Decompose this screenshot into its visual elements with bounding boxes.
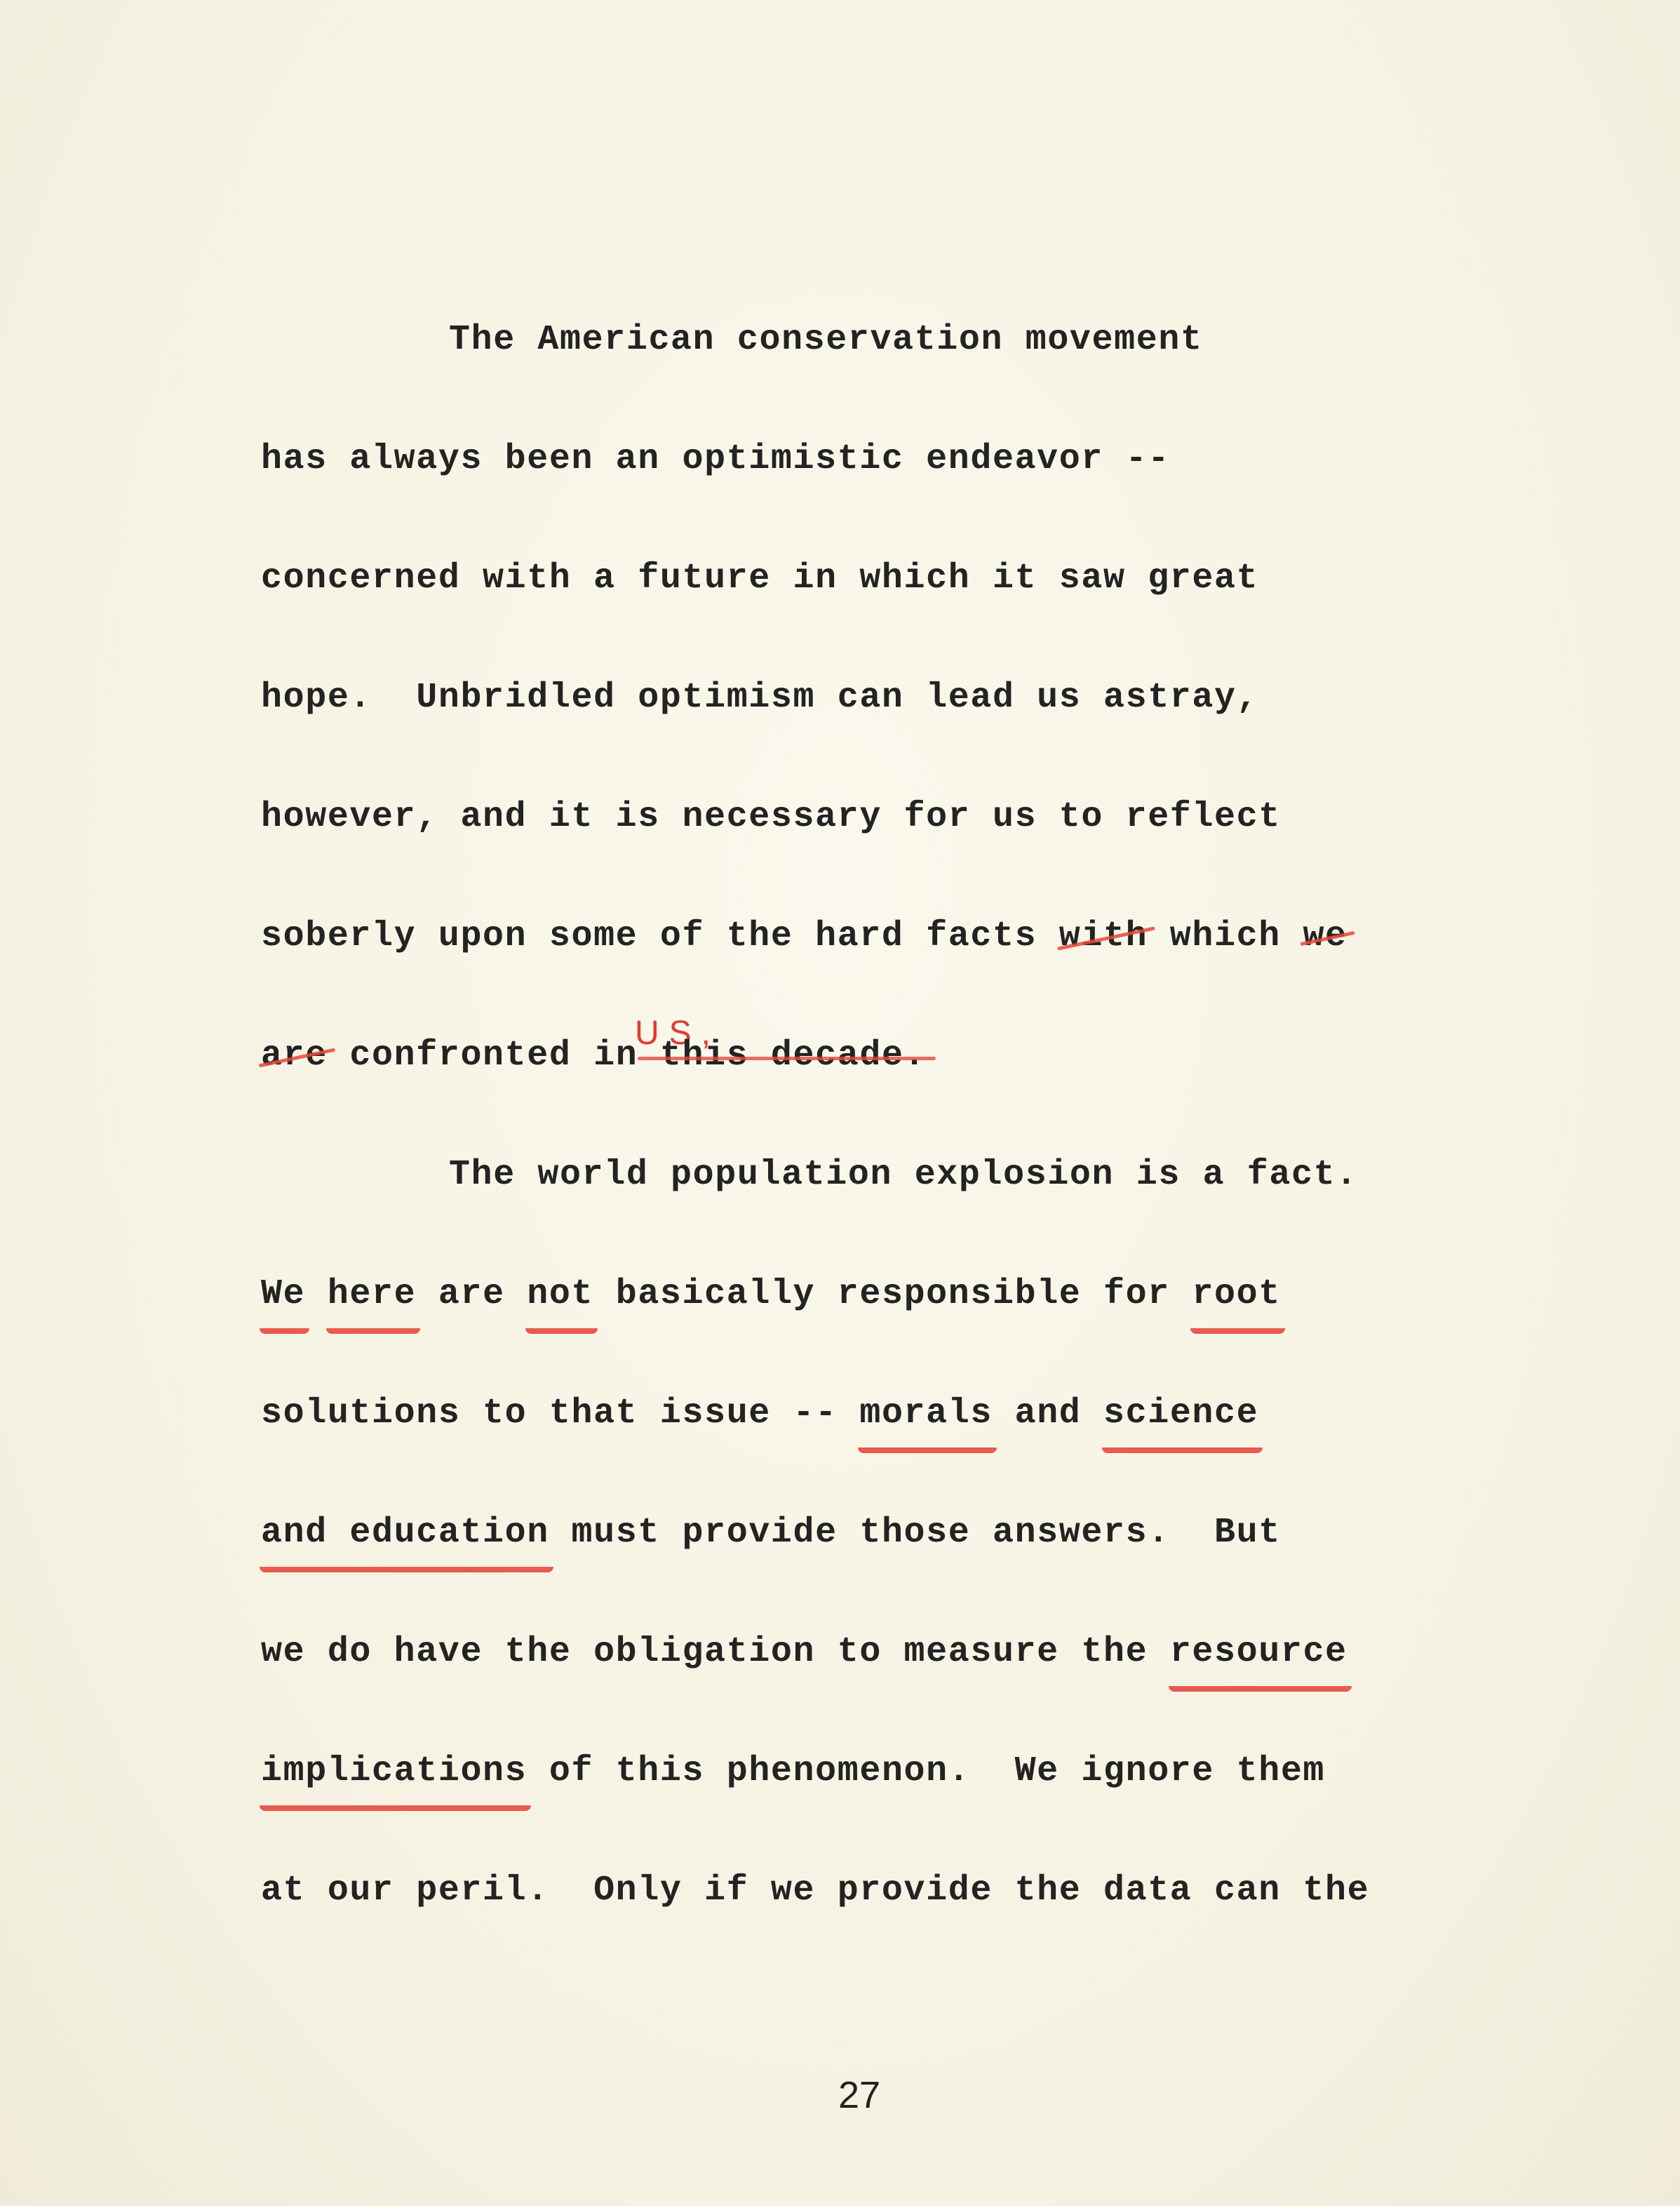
paragraph-1-line-3: concerned with a future in which it saw …: [261, 558, 1258, 600]
typewritten-page: The American conservation movement has a…: [0, 0, 1680, 2206]
text-segment: solutions to that issue --: [261, 1393, 859, 1433]
text-segment: and: [993, 1393, 1103, 1433]
underlined-word-here: here: [328, 1274, 416, 1316]
text-segment: are: [416, 1274, 527, 1314]
text-segment: basically responsible for: [593, 1274, 1192, 1314]
paragraph-1-line-7: are confronted in this decade.: [261, 1035, 926, 1077]
underlined-phrase-and-education: and education: [261, 1512, 549, 1554]
underlined-word-resource: resource: [1170, 1631, 1348, 1673]
paragraph-2-line-5: we do have the obligation to measure the…: [261, 1631, 1348, 1673]
underlined-word-science: science: [1103, 1393, 1258, 1435]
paragraph-2-line-1: The world population explosion is a fact…: [449, 1154, 1358, 1196]
underlined-word-not: not: [527, 1274, 593, 1316]
paragraph-1-line-2: has always been an optimistic endeavor -…: [261, 439, 1170, 481]
underlined-word-morals: morals: [859, 1393, 993, 1435]
paragraph-1-line-5: however, and it is necessary for us to r…: [261, 796, 1281, 838]
text-segment: must provide those answers. But: [549, 1513, 1281, 1553]
struck-word-with: with: [1059, 916, 1148, 958]
paragraph-2-line-3: solutions to that issue -- morals and sc…: [261, 1393, 1258, 1435]
page-number: 27: [838, 2073, 880, 2117]
text-segment: which: [1148, 916, 1303, 956]
text-segment: of this phenomenon. We ignore them: [527, 1751, 1325, 1791]
paragraph-2-line-6: implications of this phenomenon. We igno…: [261, 1751, 1325, 1793]
underlined-word-implications: implications: [261, 1751, 527, 1793]
underlined-word-we: We: [261, 1274, 305, 1316]
struck-phrase-this-decade: this decade.: [638, 1035, 926, 1077]
paragraph-1-line-4: hope. Unbridled optimism can lead us ast…: [261, 677, 1258, 719]
paragraph-1-line-1: The American conservation movement: [449, 319, 1203, 361]
text-segment: we do have the obligation to measure the: [261, 1632, 1170, 1672]
text-segment: soberly upon some of the hard facts: [261, 916, 1059, 956]
paragraph-1-line-6: soberly upon some of the hard facts with…: [261, 916, 1348, 958]
struck-word-we: we: [1303, 916, 1347, 958]
paragraph-2-line-4: and education must provide those answers…: [261, 1512, 1281, 1554]
paragraph-2-line-7: at our peril. Only if we provide the dat…: [261, 1870, 1369, 1912]
paragraph-2-line-2: We here are not basically responsible fo…: [261, 1274, 1281, 1316]
underlined-word-root: root: [1192, 1274, 1280, 1316]
text-segment: confronted in: [328, 1036, 638, 1076]
struck-word-are: are: [261, 1035, 328, 1077]
